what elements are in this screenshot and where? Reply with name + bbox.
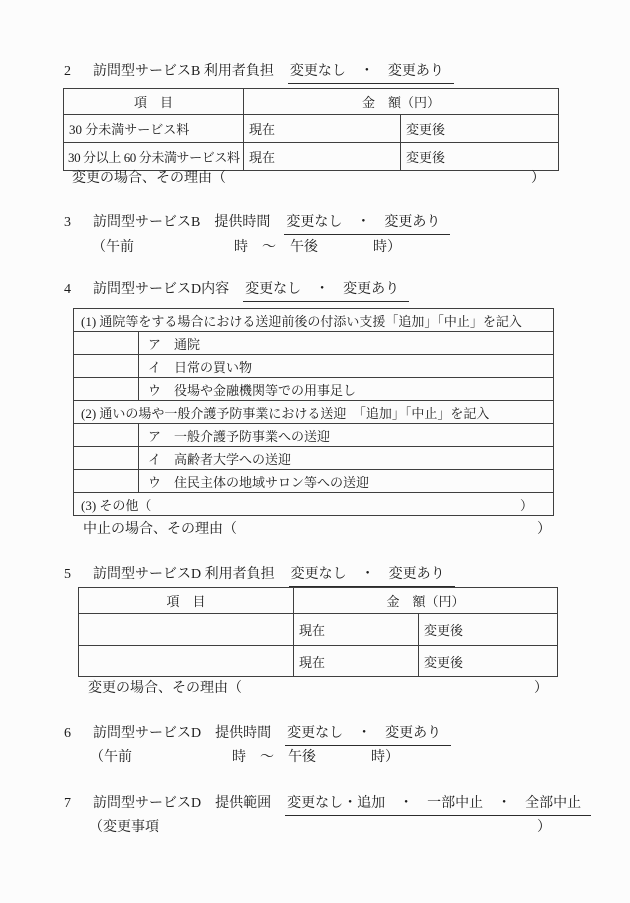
time-close-label: 時） xyxy=(373,240,401,255)
section5-change-options: 変更なし ・ 変更あり xyxy=(289,566,455,587)
fee-item-label: 30 分未満サービス料 xyxy=(64,115,244,143)
closing-paren: ） xyxy=(531,171,545,187)
fill-in-cell xyxy=(74,378,139,401)
section4-content-table: (1) 通院等をする場合における送迎前後の付添い支援「追加」「中止」を記入 ア … xyxy=(73,308,554,516)
section6-title: 訪問型サービスD 提供時間 xyxy=(93,725,271,742)
section6-heading: 6訪問型サービスD 提供時間変更なし ・ 変更あり xyxy=(64,725,451,746)
time-close-label: 時） xyxy=(371,750,399,765)
amount-column-header: 金 額（円） xyxy=(244,89,559,115)
section7-change-options: 変更なし・追加 ・ 一部中止 ・ 全部中止 xyxy=(285,795,591,816)
fill-in-cell xyxy=(74,447,139,470)
section4-reason-line: 中止の場合、その理由（） xyxy=(83,522,551,538)
group3-row: (3) その他（） xyxy=(74,493,554,516)
reason-label: 中止の場合、その理由（ xyxy=(83,522,237,538)
form-page: 2訪問型サービスB 利用者負担変更なし ・ 変更あり 項 目 金 額（円） 30… xyxy=(0,0,630,903)
option-label-cell: ア 通院 xyxy=(139,332,554,355)
group2-label: (2) 通いの場や一般介護予防事業における送迎 「追加」「中止」を記入 xyxy=(74,401,554,424)
fill-in-cell xyxy=(74,332,139,355)
section4-title: 訪問型サービスD内容 xyxy=(93,281,229,298)
section3-time-line: （午前時 ～ 午後時） xyxy=(92,240,401,256)
section2-title: 訪問型サービスB 利用者負担 xyxy=(93,63,274,80)
section2-reason-line: 変更の場合、その理由（） xyxy=(72,171,545,187)
section2-change-options: 変更なし ・ 変更あり xyxy=(288,63,454,84)
table-row: 現在 変更後 xyxy=(79,646,558,677)
section2-number: 2 xyxy=(64,63,71,80)
fill-in-cell xyxy=(79,614,294,646)
after-amount-cell: 変更後 xyxy=(401,115,559,143)
closing-paren: ） xyxy=(537,820,551,836)
section5-reason-line: 変更の場合、その理由（） xyxy=(88,681,548,697)
table-row: イ 日常の買い物 xyxy=(74,355,554,378)
after-amount-cell: 変更後 xyxy=(419,614,558,646)
closing-paren: ） xyxy=(520,495,533,514)
current-amount-cell: 現在 xyxy=(244,115,401,143)
item-column-header: 項 目 xyxy=(64,89,244,115)
section5-title: 訪問型サービスD 利用者負担 xyxy=(93,566,275,583)
change-note-label: （変更事項 xyxy=(89,820,159,836)
table-row: ウ 役場や金融機関等での用事足し xyxy=(74,378,554,401)
reason-label: 変更の場合、その理由（ xyxy=(72,171,226,187)
table-row: 現在 変更後 xyxy=(79,614,558,646)
time-middle-label: 時 ～ 午後 xyxy=(232,750,316,765)
time-middle-label: 時 ～ 午後 xyxy=(234,240,318,255)
section4-change-options: 変更なし ・ 変更あり xyxy=(243,281,409,302)
option-label-cell: ウ 住民主体の地域サロン等への送迎 xyxy=(139,470,554,493)
table-row: ウ 住民主体の地域サロン等への送迎 xyxy=(74,470,554,493)
amount-column-header: 金 額（円） xyxy=(294,588,558,614)
section5-number: 5 xyxy=(64,566,71,583)
section2-fee-table: 項 目 金 額（円） 30 分未満サービス料 現在 変更後 30 分以上 60 … xyxy=(63,88,559,171)
after-amount-cell: 変更後 xyxy=(419,646,558,677)
reason-label: 変更の場合、その理由（ xyxy=(88,681,242,697)
section6-time-line: （午前時 ～ 午後時） xyxy=(90,750,399,766)
section7-change-note-line: （変更事項） xyxy=(89,820,551,836)
section6-change-options: 変更なし ・ 変更あり xyxy=(285,725,451,746)
fill-in-cell xyxy=(74,355,139,378)
current-amount-cell: 現在 xyxy=(294,646,419,677)
fill-in-cell xyxy=(74,424,139,447)
section7-number: 7 xyxy=(64,795,71,812)
section7-heading: 7訪問型サービスD 提供範囲変更なし・追加 ・ 一部中止 ・ 全部中止 xyxy=(64,795,591,816)
group2-header-row: (2) 通いの場や一般介護予防事業における送迎 「追加」「中止」を記入 xyxy=(74,401,554,424)
section7-title: 訪問型サービスD 提供範囲 xyxy=(93,795,271,812)
option-label-cell: イ 日常の買い物 xyxy=(139,355,554,378)
after-amount-cell: 変更後 xyxy=(401,143,559,171)
section3-change-options: 変更なし ・ 変更あり xyxy=(284,214,450,235)
option-label-cell: イ 高齢者大学への送迎 xyxy=(139,447,554,470)
time-open-label: （午前 xyxy=(92,240,134,255)
option-label-cell: ア 一般介護予防事業への送迎 xyxy=(139,424,554,447)
fill-in-cell xyxy=(79,646,294,677)
section6-number: 6 xyxy=(64,725,71,742)
current-amount-cell: 現在 xyxy=(294,614,419,646)
table-header-row: 項 目 金 額（円） xyxy=(79,588,558,614)
item-column-header: 項 目 xyxy=(79,588,294,614)
section2-heading: 2訪問型サービスB 利用者負担変更なし ・ 変更あり xyxy=(64,63,454,84)
section4-heading: 4訪問型サービスD内容変更なし ・ 変更あり xyxy=(64,281,409,302)
closing-paren: ） xyxy=(537,522,551,538)
table-row: ア 一般介護予防事業への送迎 xyxy=(74,424,554,447)
fill-in-cell xyxy=(74,470,139,493)
table-row: 30 分未満サービス料 現在 変更後 xyxy=(64,115,559,143)
closing-paren: ） xyxy=(534,681,548,697)
table-row: イ 高齢者大学への送迎 xyxy=(74,447,554,470)
section3-heading: 3訪問型サービスB 提供時間変更なし ・ 変更あり xyxy=(64,214,450,235)
option-label-cell: ウ 役場や金融機関等での用事足し xyxy=(139,378,554,401)
time-open-label: （午前 xyxy=(90,750,132,765)
table-row: 30 分以上 60 分未満サービス料 現在 変更後 xyxy=(64,143,559,171)
fee-item-label: 30 分以上 60 分未満サービス料 xyxy=(64,143,244,171)
table-row: ア 通院 xyxy=(74,332,554,355)
other-label: (3) その他（ xyxy=(81,495,151,514)
group1-label: (1) 通院等をする場合における送迎前後の付添い支援「追加」「中止」を記入 xyxy=(74,309,554,332)
section5-heading: 5訪問型サービスD 利用者負担変更なし ・ 変更あり xyxy=(64,566,455,587)
group1-header-row: (1) 通院等をする場合における送迎前後の付添い支援「追加」「中止」を記入 xyxy=(74,309,554,332)
section3-title: 訪問型サービスB 提供時間 xyxy=(93,214,270,231)
section3-number: 3 xyxy=(64,214,71,231)
current-amount-cell: 現在 xyxy=(244,143,401,171)
other-label-cell: (3) その他（） xyxy=(74,493,554,516)
table-header-row: 項 目 金 額（円） xyxy=(64,89,559,115)
section4-number: 4 xyxy=(64,281,71,298)
section5-fee-table: 項 目 金 額（円） 現在 変更後 現在 変更後 xyxy=(78,587,558,677)
